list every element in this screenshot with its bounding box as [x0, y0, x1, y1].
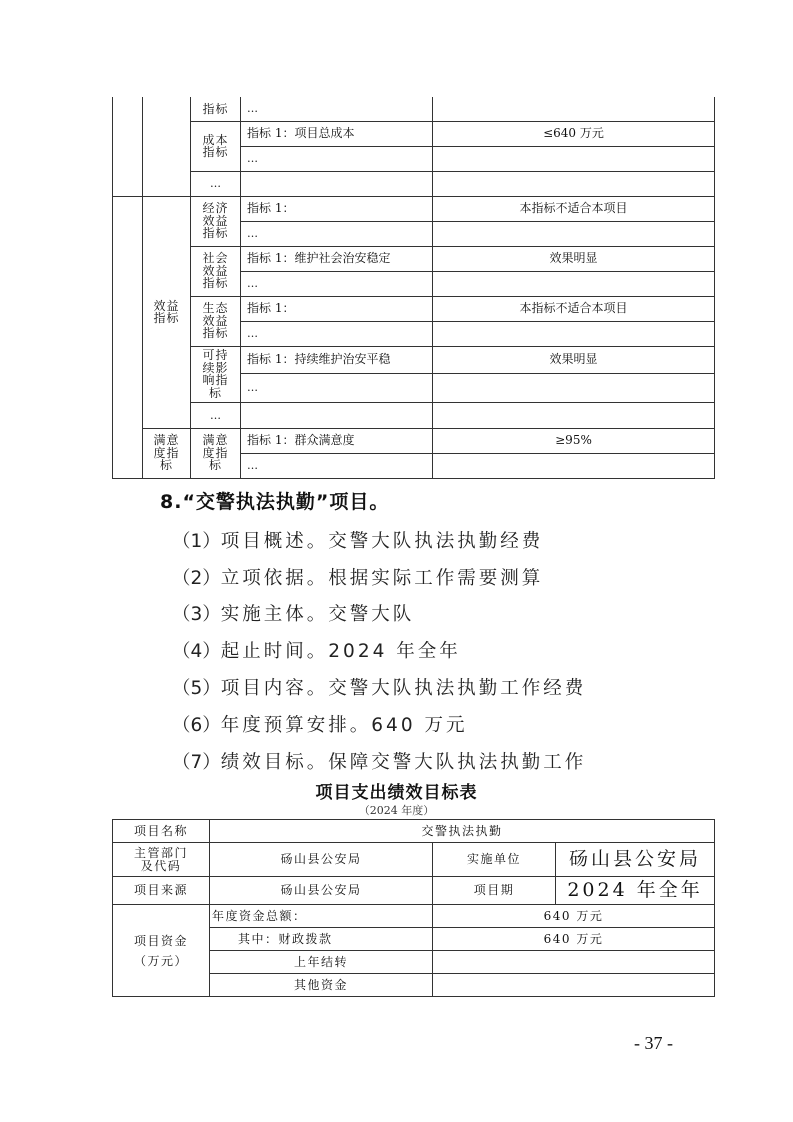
period-label: 项目期 — [433, 877, 556, 905]
level1-cell — [113, 196, 143, 478]
level1-cell — [113, 97, 143, 196]
sub-indicator-cell: 指标 — [191, 97, 241, 121]
indicator-cell — [241, 171, 433, 196]
funds-fiscal-label: 其中：财政拨款 — [210, 928, 433, 951]
indicator-cell: … — [241, 97, 433, 121]
indicator-cell: 指标 1： — [241, 296, 433, 321]
value-cell — [433, 171, 715, 196]
funds-other-value — [433, 974, 715, 997]
impl-unit-value: 砀山县公安局 — [556, 843, 715, 877]
indicator-cell — [241, 402, 433, 428]
cost-indicator-label: 成本 指标 — [191, 121, 241, 171]
indicator-cell: … — [241, 146, 433, 171]
economic-benefit-label: 经济 效益 指标 — [191, 196, 241, 246]
value-cell — [433, 453, 715, 478]
funds-total-value: 640 万元 — [433, 905, 715, 928]
value-cell: 本指标不适合本项目 — [433, 296, 715, 321]
value-cell — [433, 321, 715, 346]
value-cell: ≤640 万元 — [433, 121, 715, 146]
satisfaction-sub-label: 满意 度指 标 — [191, 428, 241, 478]
paragraph-item-6: （6）年度预算安排。640 万元 — [172, 711, 467, 737]
funds-total-label: 年度资金总额： — [210, 905, 433, 928]
value-cell — [433, 221, 715, 246]
indicator-cell: … — [241, 221, 433, 246]
indicator-cell: … — [241, 453, 433, 478]
value-cell: 效果明显 — [433, 346, 715, 373]
value-cell: 效果明显 — [433, 246, 715, 271]
paragraph-item-4: （4）起止时间。2024 年全年 — [172, 637, 461, 663]
source-value: 砀山县公安局 — [210, 877, 433, 905]
level2-cell — [143, 97, 191, 196]
funds-carryover-value — [433, 951, 715, 974]
project-name-label: 项目名称 — [113, 820, 210, 843]
indicator-cell: … — [241, 373, 433, 402]
indicator-cell: … — [241, 321, 433, 346]
funds-carryover-label: 上年结转 — [210, 951, 433, 974]
social-benefit-label: 社会 效益 指标 — [191, 246, 241, 296]
indicator-cell: 指标 1：持续维护治安平稳 — [241, 346, 433, 373]
funds-other-label: 其他资金 — [210, 974, 433, 997]
source-label: 项目来源 — [113, 877, 210, 905]
value-cell: 本指标不适合本项目 — [433, 196, 715, 221]
funds-fiscal-value: 640 万元 — [433, 928, 715, 951]
value-cell — [433, 97, 715, 121]
value-cell: ≥95% — [433, 428, 715, 453]
indicator-cell: 指标 1：群众满意度 — [241, 428, 433, 453]
performance-indicator-table-continued: 指标 … 成本 指标 指标 1：项目总成本 ≤640 万元 … … 效益 指标 … — [112, 97, 715, 479]
paragraph-item-2: （2）立项依据。根据实际工作需要测算 — [172, 564, 543, 590]
ecological-benefit-label: 生态 效益 指标 — [191, 296, 241, 346]
period-value: 2024 年全年 — [556, 877, 715, 905]
sub-indicator-cell: … — [191, 171, 241, 196]
value-cell — [433, 373, 715, 402]
value-cell — [433, 402, 715, 428]
dept-value: 砀山县公安局 — [210, 843, 433, 877]
sub-indicator-cell: … — [191, 402, 241, 428]
value-cell — [433, 146, 715, 171]
table-title: 项目支出绩效目标表 — [0, 778, 793, 803]
dept-label: 主管部门 及代码 — [113, 843, 210, 877]
indicator-cell: 指标 1： — [241, 196, 433, 221]
paragraph-item-3: （3）实施主体。交警大队 — [172, 600, 414, 626]
page-number: - 37 - — [634, 1033, 673, 1054]
value-cell — [433, 271, 715, 296]
funds-label: 项目资金 （万元） — [113, 905, 210, 997]
section-heading: 8.“交警执法执勤”项目。 — [160, 487, 389, 514]
table-subtitle: （2024 年度） — [0, 802, 793, 818]
indicator-cell: … — [241, 271, 433, 296]
paragraph-item-1: （1）项目概述。交警大队执法执勤经费 — [172, 527, 543, 553]
project-expenditure-performance-table: 项目名称 交警执法执勤 主管部门 及代码 砀山县公安局 实施单位 砀山县公安局 … — [112, 819, 715, 997]
impl-unit-label: 实施单位 — [433, 843, 556, 877]
sustainable-impact-label: 可持 续影 响指 标 — [191, 346, 241, 402]
benefit-indicator-group: 效益 指标 — [143, 196, 191, 428]
indicator-cell: 指标 1：项目总成本 — [241, 121, 433, 146]
paragraph-item-5: （5）项目内容。交警大队执法执勤工作经费 — [172, 674, 586, 700]
indicator-cell: 指标 1：维护社会治安稳定 — [241, 246, 433, 271]
project-name-value: 交警执法执勤 — [210, 820, 715, 843]
paragraph-item-7: （7）绩效目标。保障交警大队执法执勤工作 — [172, 748, 586, 774]
satisfaction-indicator-group: 满意 度指 标 — [143, 428, 191, 478]
